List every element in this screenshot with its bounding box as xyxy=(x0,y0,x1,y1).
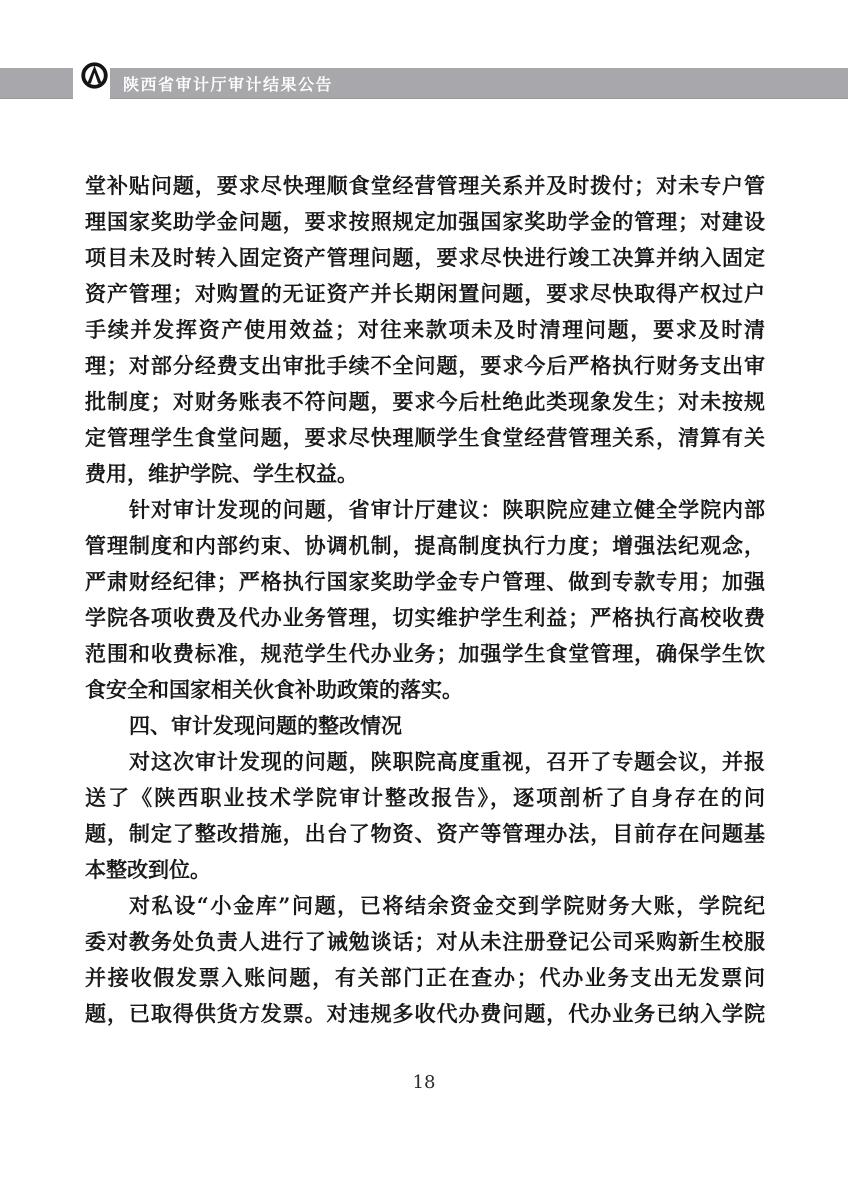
document-body: 堂补贴问题，要求尽快理顺食堂经营管理关系并及时拨付；对未专户管理国家奖助学金问题… xyxy=(85,168,765,1032)
audit-emblem-icon xyxy=(81,62,108,89)
text-line: 对私设“小金库”问题，已将结余资金交到学院财务大账，学院纪 xyxy=(85,888,765,924)
document-page: { "header": { "bar_color": "#a8a8ac", "t… xyxy=(0,0,848,1200)
header-title: 陕西省审计厅审计结果公告 xyxy=(110,72,333,95)
text-line: 范围和收费标准，规范学生代办业务；加强学生食堂管理，确保学生饮 xyxy=(85,636,765,672)
text-line: 送了《陕西职业技术学院审计整改报告》，逐项剖析了自身存在的问 xyxy=(85,780,765,816)
text-line: 题，制定了整改措施，出台了物资、资产等管理办法，目前存在问题基 xyxy=(85,816,765,852)
text-line: 委对教务处负责人进行了诫勉谈话；对从未注册登记公司采购新生校服 xyxy=(85,924,765,960)
text-line: 堂补贴问题，要求尽快理顺食堂经营管理关系并及时拨付；对未专户管 xyxy=(85,168,765,204)
text-line: 本整改到位。 xyxy=(85,852,765,888)
text-line: 严肃财经纪律；严格执行国家奖助学金专户管理、做到专款专用；加强 xyxy=(85,564,765,600)
text-line: 并接收假发票入账问题，有关部门正在查办；代办业务支出无发票问 xyxy=(85,960,765,996)
text-line: 理国家奖助学金问题，要求按照规定加强国家奖助学金的管理；对建设 xyxy=(85,204,765,240)
section-heading: 四、审计发现问题的整改情况 xyxy=(85,708,765,744)
text-line: 对这次审计发现的问题，陕职院高度重视，召开了专题会议，并报 xyxy=(85,744,765,780)
header-bar-left-segment xyxy=(0,68,73,99)
header-band: 陕西省审计厅审计结果公告 xyxy=(0,68,848,98)
text-line: 手续并发挥资产使用效益；对往来款项未及时清理问题，要求及时清 xyxy=(85,312,765,348)
text-line: 资产管理；对购置的无证资产并长期闲置问题，要求尽快取得产权过户 xyxy=(85,276,765,312)
text-line: 批制度；对财务账表不符问题，要求今后杜绝此类现象发生；对未按规 xyxy=(85,384,765,420)
text-line: 项目未及时转入固定资产管理问题，要求尽快进行竣工决算并纳入固定 xyxy=(85,240,765,276)
text-line: 食安全和国家相关伙食补助政策的落实。 xyxy=(85,672,765,708)
text-line: 学院各项收费及代办业务管理，切实维护学生利益；严格执行高校收费 xyxy=(85,600,765,636)
text-line: 题，已取得供货方发票。对违规多收代办费问题，代办业务已纳入学院 xyxy=(85,996,765,1032)
text-line: 管理制度和内部约束、协调机制，提高制度执行力度；增强法纪观念， xyxy=(85,528,765,564)
text-line: 理；对部分经费支出审批手续不全问题，要求今后严格执行财务支出审 xyxy=(85,348,765,384)
text-line: 费用，维护学院、学生权益。 xyxy=(85,456,765,492)
page-number: 18 xyxy=(0,1072,848,1093)
text-line: 针对审计发现的问题，省审计厅建议：陕职院应建立健全学院内部 xyxy=(85,492,765,528)
text-line: 定管理学生食堂问题，要求尽快理顺学生食堂经营管理关系，清算有关 xyxy=(85,420,765,456)
header-bar-main: 陕西省审计厅审计结果公告 xyxy=(110,68,848,99)
